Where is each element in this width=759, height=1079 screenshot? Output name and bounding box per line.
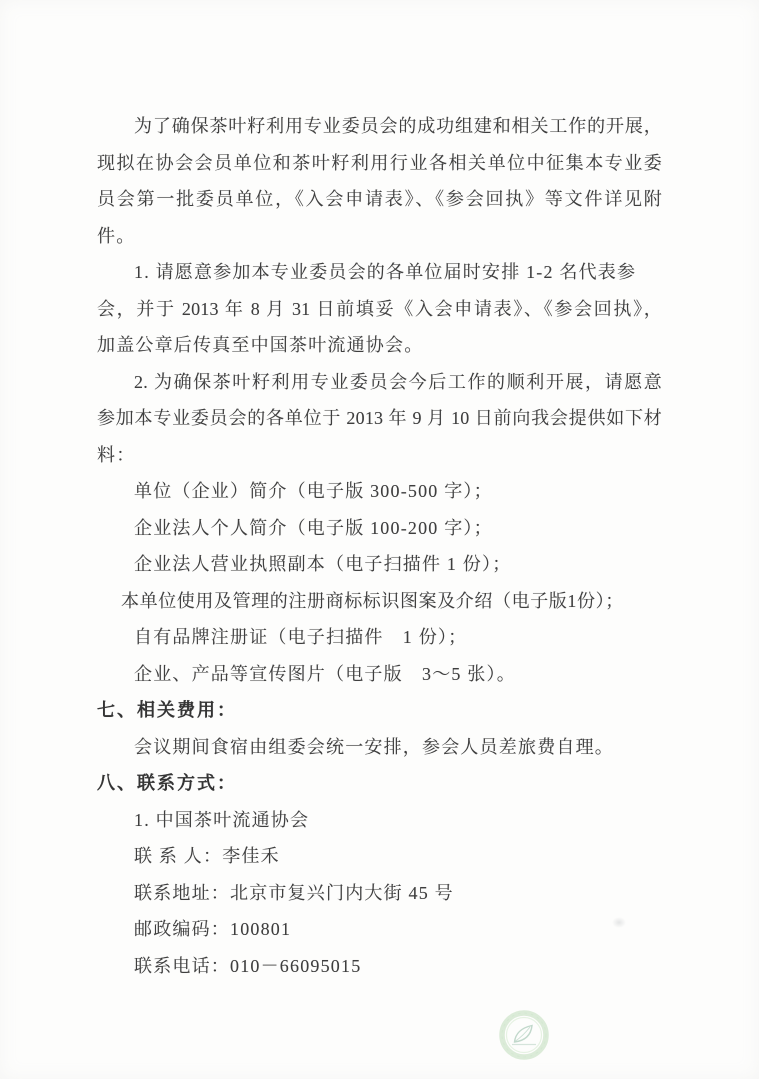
contact-line: 联系地址：北京市复兴门内大街 45 号 [97, 875, 662, 912]
contact-line: 联 系 人：李佳禾 [97, 838, 662, 875]
paragraph-line: 件。 [97, 218, 662, 255]
document-body: 为了确保茶叶籽利用专业委员会的成功组建和相关工作的开展，现拟在协会会员单位和茶叶… [97, 108, 662, 984]
paragraph-line: 会议期间食宿由组委会统一安排，参会人员差旅费自理。 [97, 729, 662, 766]
numbered-item-line: 会，并于 2013 年 8 月 31 日前填妥《入会申请表》、《参会回执》， [97, 291, 662, 328]
contact-line: 邮政编码：100801 [97, 911, 662, 948]
numbered-item-line: 1. 请愿意参加本专业委员会的各单位届时安排 1-2 名代表参 [97, 254, 662, 291]
material-list-line: 自有品牌注册证（电子扫描件 1 份）； [97, 619, 662, 656]
contact-line: 1. 中国茶叶流通协会 [97, 802, 662, 839]
material-list-line: 本单位使用及管理的注册商标标识图案及介绍（电子版1份）； [97, 583, 662, 620]
leaf-stamp-watermark [499, 1010, 549, 1060]
leaf-stamp-icon [499, 1010, 549, 1060]
scan-speck [612, 917, 626, 928]
material-list-line: 单位（企业）简介（电子版 300-500 字）； [97, 473, 662, 510]
paragraph-line: 现拟在协会会员单位和茶叶籽利用行业各相关单位中征集本专业委 [97, 145, 662, 182]
material-list-line: 企业法人营业执照副本（电子扫描件 1 份）； [97, 546, 662, 583]
page-background: 为了确保茶叶籽利用专业委员会的成功组建和相关工作的开展，现拟在协会会员单位和茶叶… [0, 0, 759, 1079]
paragraph-line: 为了确保茶叶籽利用专业委员会的成功组建和相关工作的开展， [97, 108, 662, 145]
section-heading: 七、相关费用： [97, 692, 662, 729]
material-list-line: 企业法人个人简介（电子版 100-200 字）； [97, 510, 662, 547]
numbered-item-line: 加盖公章后传真至中国茶叶流通协会。 [97, 327, 662, 364]
material-list-line: 企业、产品等宣传图片（电子版 3～5 张）。 [97, 656, 662, 693]
paragraph-line: 员会第一批委员单位，《入会申请表》、《参会回执》等文件详见附 [97, 181, 662, 218]
scanned-document-page: { "page": { "background_color": "#fdfdfc… [0, 0, 759, 1079]
numbered-item-line: 参加本专业委员会的各单位于 2013 年 9 月 10 日前向我会提供如下材 [97, 400, 662, 437]
section-heading: 八、联系方式： [97, 765, 662, 802]
numbered-item-line: 2. 为确保茶叶籽利用专业委员会今后工作的顺利开展，请愿意 [97, 364, 662, 401]
numbered-item-line: 料： [97, 437, 662, 474]
contact-line: 联系电话：010－66095015 [97, 948, 662, 985]
